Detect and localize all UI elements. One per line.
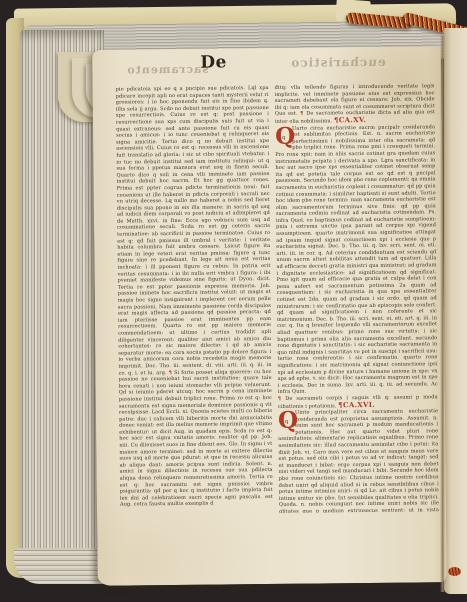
book-page: sacramento De eucharistico pio pdicatoia… — [92, 46, 447, 586]
text-column-right: ditq: vlla tollendo figuras i introducen… — [275, 83, 439, 513]
text-block: ditq: vlla tollendo figuras i introducen… — [275, 83, 435, 125]
pilcrow-mark: ¶ — [169, 370, 174, 376]
tailband-spot — [448, 567, 461, 576]
text-column-left: pio pdicatoia xpi eo q a pncipio sue pdi… — [116, 85, 273, 515]
showthrough-text-right: eucharistico — [290, 55, 385, 70]
pilcrow-mark: ¶ — [278, 396, 285, 402]
rubricated-initial: Qq — [278, 411, 293, 431]
text-block: QqUinto principaliter circa sacramentu e… — [278, 408, 439, 513]
facing-page-sliver — [444, 28, 467, 594]
guide-letter: q — [285, 419, 288, 426]
photo-background: sacramento De eucharistico pio pdicatoia… — [0, 0, 467, 602]
running-head-title: De — [200, 52, 227, 72]
chapter-number: ¶CA.XV. — [334, 115, 366, 124]
running-head: sacramento De eucharistico — [92, 52, 441, 78]
gutter-crease — [440, 36, 445, 592]
rubricated-initial: Qq — [275, 126, 290, 146]
showthrough-text-left: sacramento — [126, 63, 208, 77]
text-block: pio pdicatoia xpi eo q a pncipio sue pdi… — [116, 85, 273, 509]
chapter-number: ¶CA.XVI. — [338, 399, 375, 408]
guide-letter: q — [282, 134, 285, 141]
pilcrow-mark: ¶ — [300, 111, 306, 117]
text-block: QqUarto circa eucharistie sacrm pncipalr… — [275, 124, 438, 396]
